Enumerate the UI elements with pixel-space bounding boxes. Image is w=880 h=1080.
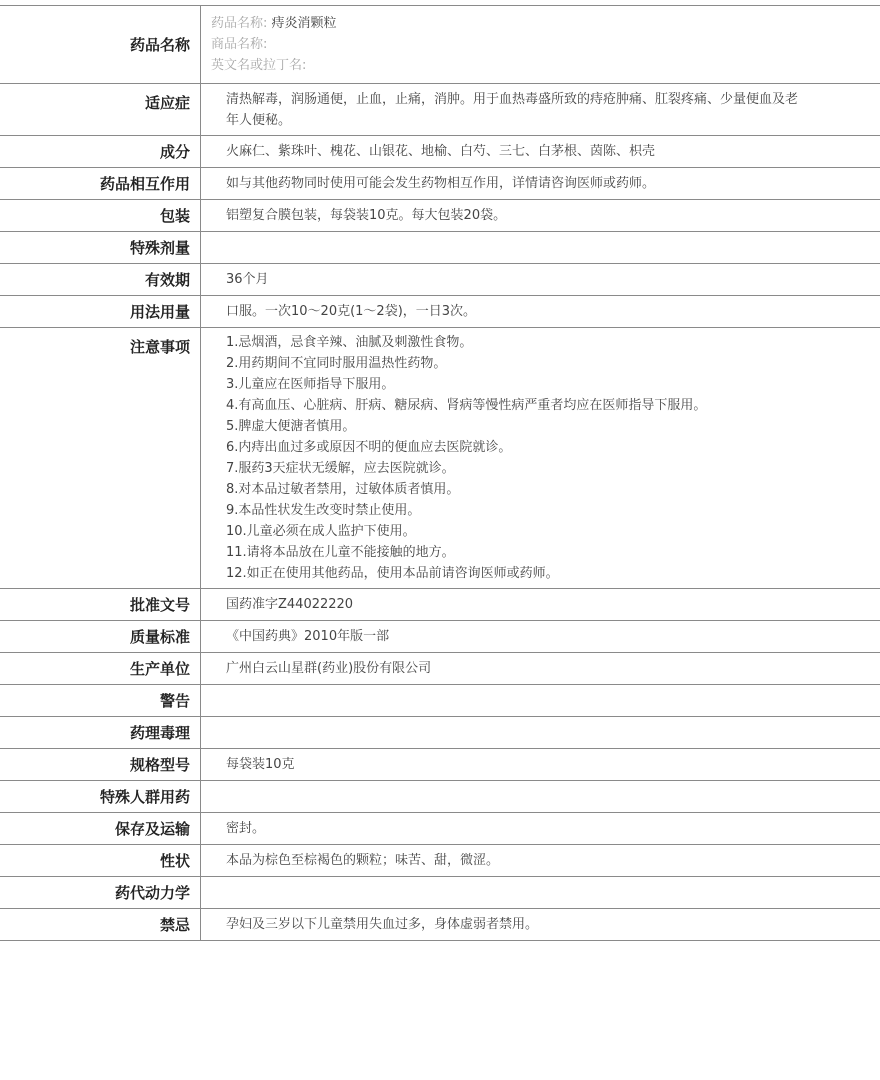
precaution-item: 8.对本品过敏者禁用，过敏体质者慎用。 — [226, 479, 800, 500]
row-usage-dosage: 用法用量 口服。一次10～20克(1～2袋)，一日3次。 — [0, 296, 880, 328]
precaution-item: 12.如正在使用其他药品，使用本品前请咨询医师或药师。 — [226, 563, 800, 584]
label-pharmacology-toxicology: 药理毒理 — [0, 717, 201, 749]
label-warning: 警告 — [0, 685, 201, 717]
label-shelf-life: 有效期 — [0, 264, 201, 296]
generic-name-line: 药品名称: 痔炎消颗粒 — [211, 13, 800, 34]
label-special-populations: 特殊人群用药 — [0, 781, 201, 813]
value-packaging: 铝塑复合膜包装，每袋装10克。每大包装20袋。 — [201, 200, 880, 232]
row-storage-transport: 保存及运输 密封。 — [0, 813, 880, 845]
value-drug-name: 药品名称: 痔炎消颗粒 商品名称: 英文名或拉丁名: — [201, 6, 880, 84]
row-warning: 警告 — [0, 685, 880, 717]
row-pharmacology-toxicology: 药理毒理 — [0, 717, 880, 749]
value-manufacturer: 广州白云山星群(药业)股份有限公司 — [201, 653, 880, 685]
english-name-line: 英文名或拉丁名: — [211, 55, 800, 76]
row-indications: 适应症 清热解毒，润肠通便，止血，止痛，消肿。用于血热毒盛所致的痔疮肿痛、肛裂疼… — [0, 84, 880, 136]
precaution-item: 11.请将本品放在儿童不能接触的地方。 — [226, 542, 800, 563]
precaution-item: 10.儿童必须在成人监护下使用。 — [226, 521, 800, 542]
precaution-item: 2.用药期间不宜同时服用温热性药物。 — [226, 353, 800, 374]
value-storage-transport: 密封。 — [201, 813, 880, 845]
value-specification: 每袋装10克 — [201, 749, 880, 781]
row-packaging: 包装 铝塑复合膜包装，每袋装10克。每大包装20袋。 — [0, 200, 880, 232]
precaution-item: 1.忌烟酒，忌食辛辣、油腻及刺激性食物。 — [226, 332, 800, 353]
precaution-item: 3.儿童应在医师指导下服用。 — [226, 374, 800, 395]
value-approval-number: 国药准字Z44022220 — [201, 589, 880, 621]
label-indications: 适应症 — [0, 84, 201, 136]
label-precautions: 注意事项 — [0, 328, 201, 589]
label-storage-transport: 保存及运输 — [0, 813, 201, 845]
value-warning — [201, 685, 880, 717]
label-quality-standard: 质量标准 — [0, 621, 201, 653]
row-quality-standard: 质量标准 《中国药典》2010年版一部 — [0, 621, 880, 653]
row-approval-number: 批准文号 国药准字Z44022220 — [0, 589, 880, 621]
generic-name-value: 痔炎消颗粒 — [272, 16, 337, 31]
label-usage-dosage: 用法用量 — [0, 296, 201, 328]
value-description: 本品为棕色至棕褐色的颗粒；味苦、甜，微涩。 — [201, 845, 880, 877]
row-manufacturer: 生产单位 广州白云山星群(药业)股份有限公司 — [0, 653, 880, 685]
label-drug-name: 药品名称 — [0, 6, 201, 84]
label-special-dosage: 特殊剂量 — [0, 232, 201, 264]
row-pharmacokinetics: 药代动力学 — [0, 877, 880, 909]
value-usage-dosage: 口服。一次10～20克(1～2袋)，一日3次。 — [201, 296, 880, 328]
row-specification: 规格型号 每袋装10克 — [0, 749, 880, 781]
value-special-dosage — [201, 232, 880, 264]
row-precautions: 注意事项 1.忌烟酒，忌食辛辣、油腻及刺激性食物。 2.用药期间不宜同时服用温热… — [0, 328, 880, 589]
label-description: 性状 — [0, 845, 201, 877]
label-approval-number: 批准文号 — [0, 589, 201, 621]
label-specification: 规格型号 — [0, 749, 201, 781]
label-contraindications: 禁忌 — [0, 909, 201, 941]
value-indications: 清热解毒，润肠通便，止血，止痛，消肿。用于血热毒盛所致的痔疮肿痛、肛裂疼痛、少量… — [201, 84, 880, 136]
label-interactions: 药品相互作用 — [0, 168, 201, 200]
row-ingredients: 成分 火麻仁、紫珠叶、槐花、山银花、地榆、白芍、三七、白茅根、茵陈、枳壳 — [0, 136, 880, 168]
row-interactions: 药品相互作用 如与其他药物同时使用可能会发生药物相互作用，详情请咨询医师或药师。 — [0, 168, 880, 200]
trade-name-label: 商品名称: — [211, 37, 267, 52]
row-special-populations: 特殊人群用药 — [0, 781, 880, 813]
precaution-item: 7.服药3天症状无缓解，应去医院就诊。 — [226, 458, 800, 479]
value-pharmacology-toxicology — [201, 717, 880, 749]
value-special-populations — [201, 781, 880, 813]
value-contraindications: 孕妇及三岁以下儿童禁用失血过多，身体虚弱者禁用。 — [201, 909, 880, 941]
label-manufacturer: 生产单位 — [0, 653, 201, 685]
row-special-dosage: 特殊剂量 — [0, 232, 880, 264]
value-shelf-life: 36个月 — [201, 264, 880, 296]
precaution-item: 4.有高血压、心脏病、肝病、糖尿病、肾病等慢性病严重者均应在医师指导下服用。 — [226, 395, 800, 416]
value-quality-standard: 《中国药典》2010年版一部 — [201, 621, 880, 653]
value-precautions: 1.忌烟酒，忌食辛辣、油腻及刺激性食物。 2.用药期间不宜同时服用温热性药物。 … — [201, 328, 880, 589]
row-shelf-life: 有效期 36个月 — [0, 264, 880, 296]
row-contraindications: 禁忌 孕妇及三岁以下儿童禁用失血过多，身体虚弱者禁用。 — [0, 909, 880, 941]
trade-name-line: 商品名称: — [211, 34, 800, 55]
precaution-item: 9.本品性状发生改变时禁止使用。 — [226, 500, 800, 521]
value-pharmacokinetics — [201, 877, 880, 909]
row-description: 性状 本品为棕色至棕褐色的颗粒；味苦、甜，微涩。 — [0, 845, 880, 877]
value-interactions: 如与其他药物同时使用可能会发生药物相互作用，详情请咨询医师或药师。 — [201, 168, 880, 200]
value-ingredients: 火麻仁、紫珠叶、槐花、山银花、地榆、白芍、三七、白茅根、茵陈、枳壳 — [201, 136, 880, 168]
label-pharmacokinetics: 药代动力学 — [0, 877, 201, 909]
row-drug-name: 药品名称 药品名称: 痔炎消颗粒 商品名称: 英文名或拉丁名: — [0, 6, 880, 84]
precaution-item: 5.脾虚大便溏者慎用。 — [226, 416, 800, 437]
precaution-item: 6.内痔出血过多或原因不明的便血应去医院就诊。 — [226, 437, 800, 458]
drug-info-table: 药品名称 药品名称: 痔炎消颗粒 商品名称: 英文名或拉丁名: 适应症 清热解毒… — [0, 5, 880, 941]
label-packaging: 包装 — [0, 200, 201, 232]
english-name-label: 英文名或拉丁名: — [211, 58, 306, 73]
label-ingredients: 成分 — [0, 136, 201, 168]
generic-name-label: 药品名称: — [211, 16, 267, 31]
